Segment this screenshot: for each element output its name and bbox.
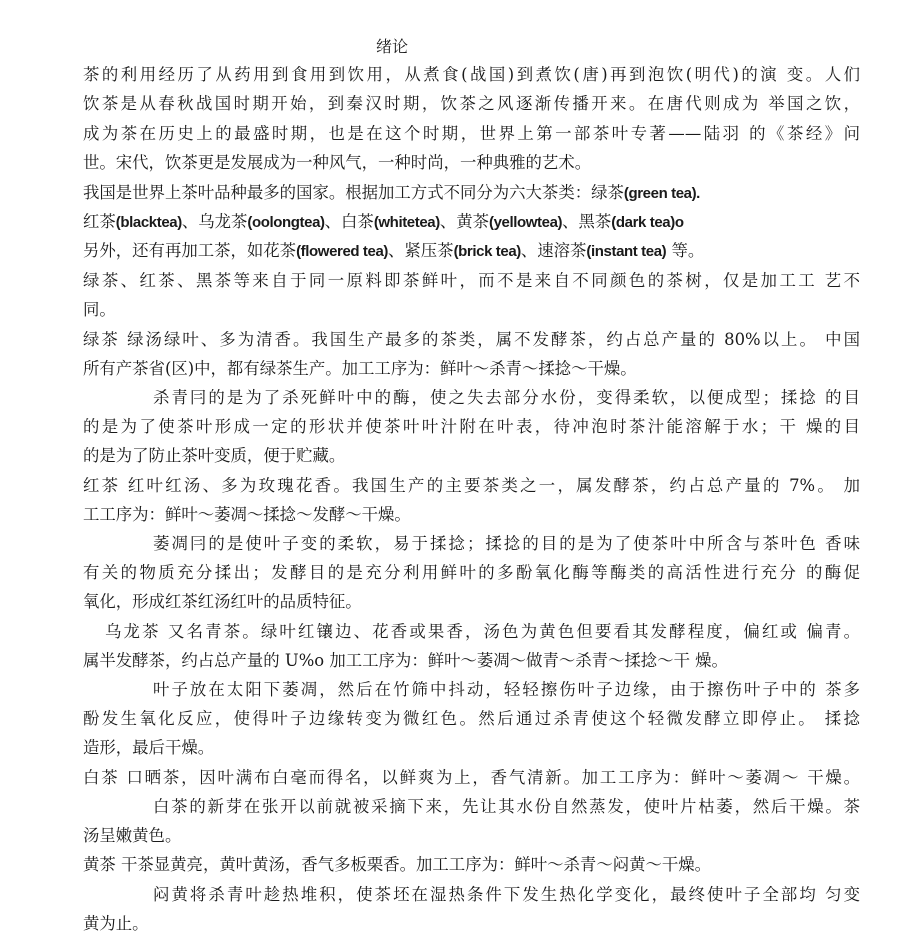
text-segment: 、黑茶 (562, 212, 611, 231)
text-line: 茶的利用经历了从药用到食用到饮用，从煮食(战国)到煮饮(唐)再到泡饮(明代)的演… (83, 64, 860, 86)
text-segment: 红茶 (83, 212, 116, 231)
text-line: 黄为止。 (83, 913, 860, 935)
text-line: 酚发生氧化反应，使得叶子边缘转变为微红色。然后通过杀青使这个轻微发酵立即停止。 … (83, 708, 860, 730)
text-line: 有关的物质充分揉出；发酵目的是充分利用鲜叶的多酚氧化酶等酶类的高活性进行充分 的… (83, 562, 860, 584)
text-line: 成为茶在历史上的最盛时期，也是在这个时期，世界上第一部茶叶专著——陆羽 的《茶经… (83, 123, 860, 145)
text-segment: 等。 (666, 241, 704, 260)
text-line: 工工序为：鲜叶～萎凋～揉捻～发酵～干燥。 (83, 504, 860, 526)
english-term: (oolongtea) (247, 214, 324, 231)
text-line: 同。 (83, 299, 860, 321)
text-line: 属半发酵茶，约占总产量的 U%o 加工工序为：鲜叶～萎凋～做青～杀青～揉捻～干 … (83, 650, 860, 672)
english-term: (yellowtea) (489, 214, 562, 231)
english-term: (flowered tea) (296, 243, 388, 260)
english-term: (brick tea) (454, 243, 521, 260)
text-line: 红茶(blacktea)、乌龙茶(oolongtea)、白茶(whitetea)… (83, 211, 860, 233)
text-line: 闷黄将杀青叶趁热堆积，使茶坯在湿热条件下发生热化学变化，最终使叶子全部均 匀变 (83, 884, 860, 906)
english-term: (dark tea)o (611, 214, 683, 231)
text-line: 萎凋冃的是使叶子变的柔软，易于揉捻；揉捻的目的是为了使茶叶中所含与茶叶色 香味 (83, 533, 860, 555)
text-segment: 另外，还有再加工茶，如花茶 (83, 241, 296, 260)
english-term: (blacktea) (116, 214, 182, 231)
text-segment: 、白茶 (325, 212, 374, 231)
text-line: 乌龙茶 又名青茶。绿叶红镶边、花香或果香，汤色为黄色但要看其发酵程度，偏红或 偏… (83, 621, 860, 643)
text-segment: 、紧压茶 (388, 241, 454, 260)
text-line: 杀青冃的是为了杀死鲜叶中的酶，使之失去部分水份，变得柔软，以便成型；揉捻 的目 (83, 387, 860, 409)
english-term: (green tea). (624, 185, 700, 202)
document-title: 绪论 (376, 36, 408, 58)
text-segment: 、乌龙茶 (182, 212, 248, 231)
text-line: 白茶的新芽在张开以前就被采摘下来，先让其水份自然蒸发，使叶片枯萎，然后干燥。茶 (83, 796, 860, 818)
text-line: 所有产茶省(区)中，都有绿茶生产。加工工序为：鲜叶～杀青～揉捻～干燥。 (83, 358, 860, 380)
english-term: (instant tea) (586, 243, 666, 260)
text-segment: 我国是世界上茶叶品种最多的国家。根据加工方式不同分为六大茶类：绿茶 (83, 183, 624, 202)
text-line: 汤呈嫩黄色。 (83, 825, 860, 847)
text-line: 绿茶、红茶、黑茶等来自于同一原料即茶鲜叶，而不是来自不同颜色的茶树，仅是加工工 … (83, 270, 860, 292)
text-segment: 、黄茶 (440, 212, 489, 231)
text-line: 叶子放在太阳下萎凋，然后在竹筛中抖动，轻轻擦伤叶子边缘，由于擦伤叶子中的 茶多 (83, 679, 860, 701)
text-line: 世。宋代，饮茶更是发展成为一种风气，一种时尚，一种典雅的艺术。 (83, 152, 860, 174)
document-page: 绪论 茶的利用经历了从药用到食用到饮用，从煮食(战国)到煮饮(唐)再到泡饮(明代… (0, 0, 918, 940)
text-line: 饮茶是从春秋战国时期开始，到秦汉时期，饮茶之风逐渐传播开来。在唐代则成为 举国之… (83, 93, 860, 115)
text-line: 的是为了使茶叶形成一定的形状并使茶叶叶汁附在叶表，待冲泡时茶汁能溶解于水；干 燥… (83, 416, 860, 438)
text-line: 黄茶 干茶显黄亮，黄叶黄汤，香气多板栗香。加工工序为：鲜叶～杀青～闷黄～干燥。 (83, 854, 860, 876)
text-line: 氧化，形成红茶红汤红叶的品质特征。 (83, 591, 860, 613)
text-line: 白茶 口晒茶，因叶满布白毫而得名，以鲜爽为上，香气清新。加工工序为：鲜叶～萎凋～… (83, 767, 860, 789)
english-term: (whitetea) (374, 214, 440, 231)
text-line: 红茶 红叶红汤、多为玫瑰花香。我国生产的主要茶类之一，属发酵茶，约占总产量的 7… (83, 475, 860, 497)
text-line: 绿茶 绿汤绿叶、多为清香。我国生产最多的茶类，属不发酵茶，约占总产量的 80%以… (83, 329, 860, 351)
text-line: 我国是世界上茶叶品种最多的国家。根据加工方式不同分为六大茶类：绿茶(green … (83, 182, 860, 204)
text-line: 造形，最后干燥。 (83, 737, 860, 759)
text-line: 的是为了防止茶叶变质，便于贮藏。 (83, 445, 860, 467)
text-segment: 、速溶茶 (521, 241, 587, 260)
text-line: 另外，还有再加工茶，如花茶(flowered tea)、紧压茶(brick te… (83, 240, 860, 262)
